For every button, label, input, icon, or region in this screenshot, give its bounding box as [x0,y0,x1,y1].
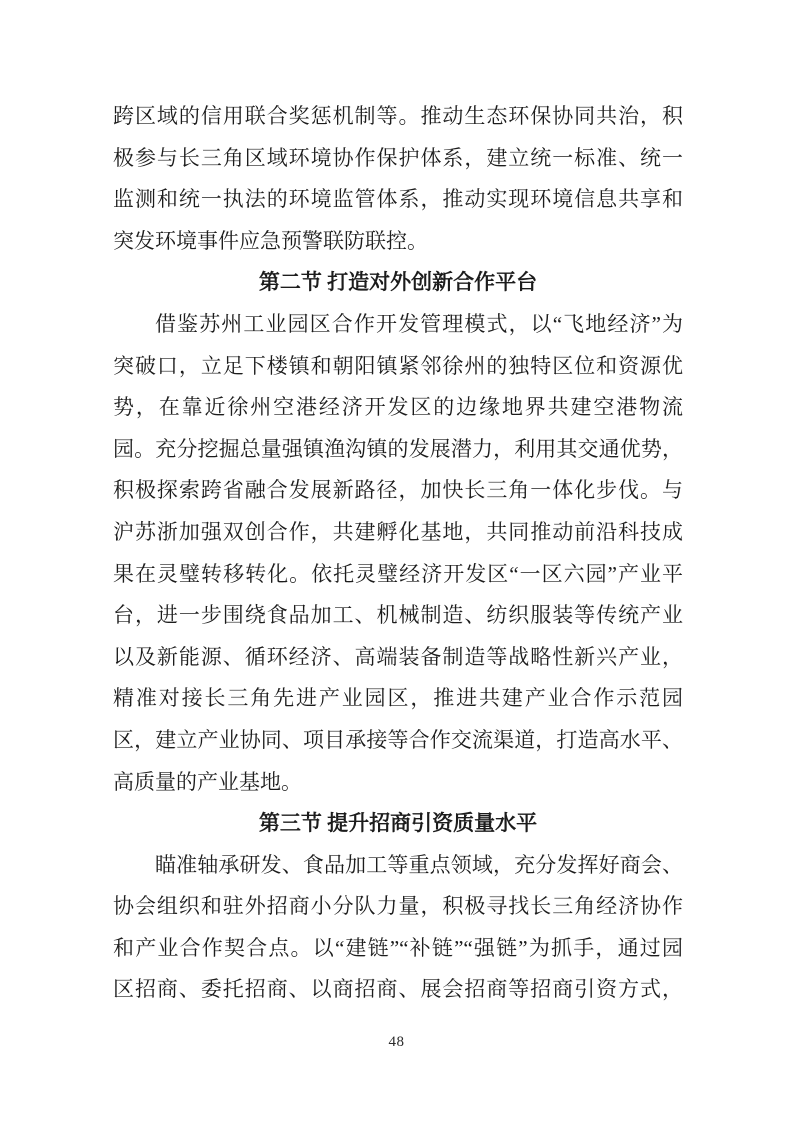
text-line: 高质量的产业基地。 [113,762,683,804]
text-line: 园。充分挖掘总量强镇渔沟镇的发展潜力，利用其交通优势， [113,429,683,471]
text-line: 跨区域的信用联合奖惩机制等。推动生态环保协同共治，积 [113,96,683,138]
text-line: 区招商、委托招商、以商招商、展会招商等招商引资方式， [113,969,683,1011]
text-line: 果在灵璧转移转化。依托灵璧经济开发区“一区六园”产业平 [113,554,683,596]
document-page: 跨区域的信用联合奖惩机制等。推动生态环保协同共治，积极参与长三角区域环境协作保护… [0,0,793,1122]
page-footer: 48 [0,1033,793,1051]
text-line: 势，在靠近徐州空港经济开发区的边缘地界共建空港物流 [113,387,683,429]
text-line: 积极探索跨省融合发展新路径，加快长三角一体化步伐。与 [113,470,683,512]
text-line: 区，建立产业协同、项目承接等合作交流渠道，打造高水平、 [113,720,683,762]
text-line: 和产业合作契合点。以“建链”“补链”“强链”为抓手，通过园 [113,928,683,970]
text-line: 极参与长三角区域环境协作保护体系，建立统一标准、统一 [113,138,683,180]
section-heading: 第二节 打造对外创新合作平台 [113,262,683,304]
paragraph: 跨区域的信用联合奖惩机制等。推动生态环保协同共治，积极参与长三角区域环境协作保护… [113,96,683,262]
text-line: 协会组织和驻外招商小分队力量，积极寻找长三角经济协作 [113,886,683,928]
paragraph: 借鉴苏州工业园区合作开发管理模式，以“飞地经济”为突破口，立足下楼镇和朝阳镇紧邻… [113,304,683,803]
section-heading: 第三节 提升招商引资质量水平 [113,803,683,845]
text-line: 瞄准轴承研发、食品加工等重点领域，充分发挥好商会、 [113,845,683,887]
text-line: 突破口，立足下楼镇和朝阳镇紧邻徐州的独特区位和资源优 [113,346,683,388]
text-line: 沪苏浙加强双创合作，共建孵化基地，共同推动前沿科技成 [113,512,683,554]
document-content: 跨区域的信用联合奖惩机制等。推动生态环保协同共治，积极参与长三角区域环境协作保护… [113,96,683,1011]
paragraph: 瞄准轴承研发、食品加工等重点领域，充分发挥好商会、协会组织和驻外招商小分队力量，… [113,845,683,1011]
text-line: 精准对接长三角先进产业园区，推进共建产业合作示范园 [113,678,683,720]
text-line: 借鉴苏州工业园区合作开发管理模式，以“飞地经济”为 [113,304,683,346]
page-number: 48 [389,1034,405,1050]
text-line: 台，进一步围绕食品加工、机械制造、纺织服装等传统产业 [113,595,683,637]
text-line: 以及新能源、循环经济、高端装备制造等战略性新兴产业， [113,637,683,679]
text-line: 突发环境事件应急预警联防联控。 [113,221,683,263]
text-line: 监测和统一执法的环境监管体系，推动实现环境信息共享和 [113,179,683,221]
